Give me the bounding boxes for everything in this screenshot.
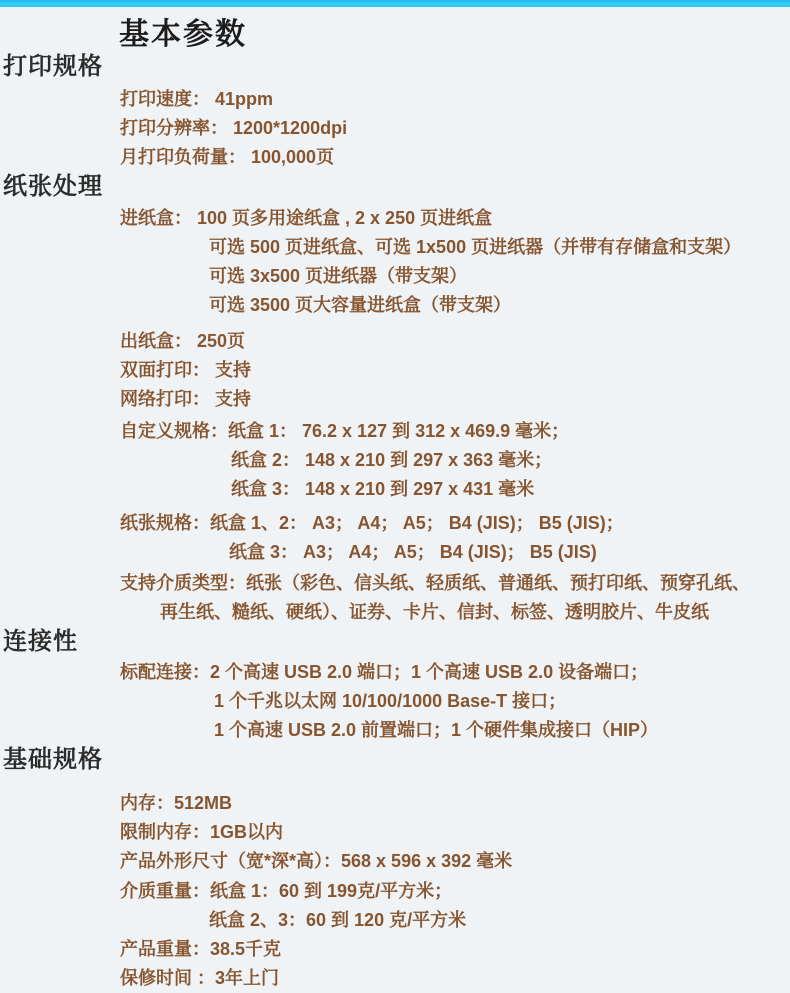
spec-row-warranty: 保修时间 ：3年上门 bbox=[120, 964, 790, 993]
spec-row-optional-feeder-2: 可选 3x500 页进纸器（带支架） bbox=[209, 262, 790, 291]
section-heading-print-specs: 打印规格 bbox=[3, 52, 790, 82]
spec-row-paper-size-tray3: 纸盒 3： A3； A4； A5； B4 (JIS)； B5 (JIS) bbox=[229, 538, 790, 567]
spec-row-custom-size-tray3: 纸盒 3： 148 x 210 到 297 x 431 毫米 bbox=[231, 475, 790, 504]
spec-row-optional-feeder-3: 可选 3500 页大容量进纸盒（带支架） bbox=[209, 291, 790, 320]
spec-row-standard-connect-2: 1 个千兆以太网 10/100/1000 Base-T 接口； bbox=[214, 687, 790, 716]
section-heading-basic-specs: 基础规格 bbox=[3, 745, 790, 775]
spec-row-print-resolution: 打印分辨率： 1200*1200dpi bbox=[120, 114, 790, 143]
spec-row-custom-size-tray1: 自定义规格：纸盒 1： 76.2 x 127 到 312 x 469.9 毫米； bbox=[120, 417, 790, 446]
spec-row-media-weight-1: 介质重量：纸盒 1：60 到 199克/平方米； bbox=[120, 877, 790, 906]
spec-row-media-weight-2: 纸盒 2、3：60 到 120 克/平方米 bbox=[209, 906, 790, 935]
spec-sheet: 基本参数 打印规格 打印速度： 41ppm 打印分辨率： 1200*1200dp… bbox=[0, 0, 790, 993]
spec-row-print-speed: 打印速度： 41ppm bbox=[120, 85, 790, 114]
spec-row-custom-size-tray2: 纸盒 2： 148 x 210 到 297 x 363 毫米； bbox=[231, 446, 790, 475]
spec-row-duplex-print: 双面打印： 支持 bbox=[120, 356, 790, 385]
spec-row-output-tray: 出纸盒： 250页 bbox=[120, 327, 790, 356]
page-title: 基本参数 bbox=[119, 18, 790, 52]
section-heading-connectivity: 连接性 bbox=[3, 627, 790, 657]
spec-row-dimensions: 产品外形尺寸（宽*深*高）：568 x 596 x 392 毫米 bbox=[120, 847, 790, 876]
spec-row-paper-size-tray12: 纸张规格：纸盒 1、2： A3； A4； A5； B4 (JIS)； B5 (J… bbox=[120, 509, 790, 538]
spec-row-product-weight: 产品重量：38.5千克 bbox=[120, 935, 790, 964]
spec-row-standard-connect-3: 1 个高速 USB 2.0 前置端口；1 个硬件集成接口（HIP） bbox=[214, 716, 790, 745]
spec-row-input-tray: 进纸盒： 100 页多用途纸盒 , 2 x 250 页进纸盒 bbox=[120, 204, 790, 233]
spec-row-memory-limit: 限制内存：1GB以内 bbox=[120, 818, 790, 847]
spec-row-standard-connect-1: 标配连接：2 个高速 USB 2.0 端口；1 个高速 USB 2.0 设备端口… bbox=[120, 658, 790, 687]
spec-row-monthly-duty: 月打印负荷量： 100,000页 bbox=[120, 143, 790, 172]
spec-row-memory: 内存：512MB bbox=[120, 789, 790, 818]
spec-row-network-print: 网络打印： 支持 bbox=[120, 385, 790, 414]
spec-row-media-types-2: 再生纸、糙纸、硬纸）、证券、卡片、信封、标签、透明胶片、牛皮纸 bbox=[160, 598, 790, 627]
section-heading-paper-handling: 纸张处理 bbox=[3, 172, 790, 202]
top-accent-bar bbox=[0, 0, 790, 7]
spec-row-optional-feeder-1: 可选 500 页进纸盒、可选 1x500 页进纸器（并带有存储盒和支架） bbox=[209, 233, 790, 262]
spec-row-media-types-1: 支持介质类型：纸张（彩色、信头纸、轻质纸、普通纸、预打印纸、预穿孔纸、 bbox=[120, 569, 790, 598]
